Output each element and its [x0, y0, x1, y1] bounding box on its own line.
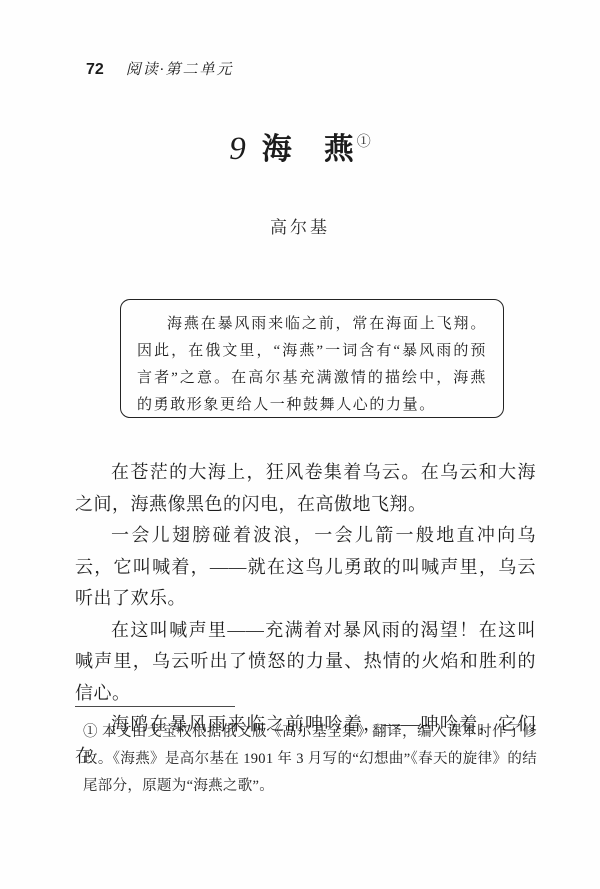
lesson-title-block: 9海 燕① [0, 124, 600, 168]
page-number: 72 [86, 61, 104, 79]
author-name: 高尔基 [0, 213, 600, 238]
footnote-body: 本文由戈宝权根据俄文版《高尔基全集》翻译，编入课本时作了修改。《海燕》是高尔基在… [83, 724, 537, 794]
intro-box-text: 海燕在暴风雨来临之前，常在海面上飞翔。因此，在俄文里，“海燕”一词含有“暴风雨的… [137, 311, 487, 419]
intro-box: 海燕在暴风雨来临之前，常在海面上飞翔。因此，在俄文里，“海燕”一词含有“暴风雨的… [120, 299, 504, 418]
footnote-separator-rule [75, 706, 235, 707]
body-paragraph: 在这叫喊声里——充满着对暴风雨的渴望！在这叫喊声里，乌云听出了愤怒的力量、热情的… [75, 615, 536, 710]
running-header: 72 阅读·第二单元 [86, 58, 234, 79]
section-title: 阅读·第二单元 [126, 58, 234, 79]
body-paragraph: 一会儿翅膀碰着波浪，一会儿箭一般地直冲向乌云，它叫喊着，——就在这鸟儿勇敢的叫喊… [75, 520, 536, 615]
body-paragraph: 在苍茫的大海上，狂风卷集着乌云。在乌云和大海之间，海燕像黑色的闪电，在高傲地飞翔… [75, 457, 536, 520]
footnote-reference-mark: ① [357, 135, 371, 150]
footnote-text: ①本文由戈宝权根据俄文版《高尔基全集》翻译，编入课本时作了修改。《海燕》是高尔基… [75, 719, 537, 800]
footnote-block: ①本文由戈宝权根据俄文版《高尔基全集》翻译，编入课本时作了修改。《海燕》是高尔基… [75, 706, 537, 800]
lesson-title: 海 燕 [262, 133, 355, 166]
footnote-marker: ① [83, 724, 98, 740]
lesson-number: 9 [229, 131, 246, 167]
textbook-page: 72 阅读·第二单元 9海 燕① 高尔基 海燕在暴风雨来临之前，常在海面上飞翔。… [0, 0, 600, 889]
